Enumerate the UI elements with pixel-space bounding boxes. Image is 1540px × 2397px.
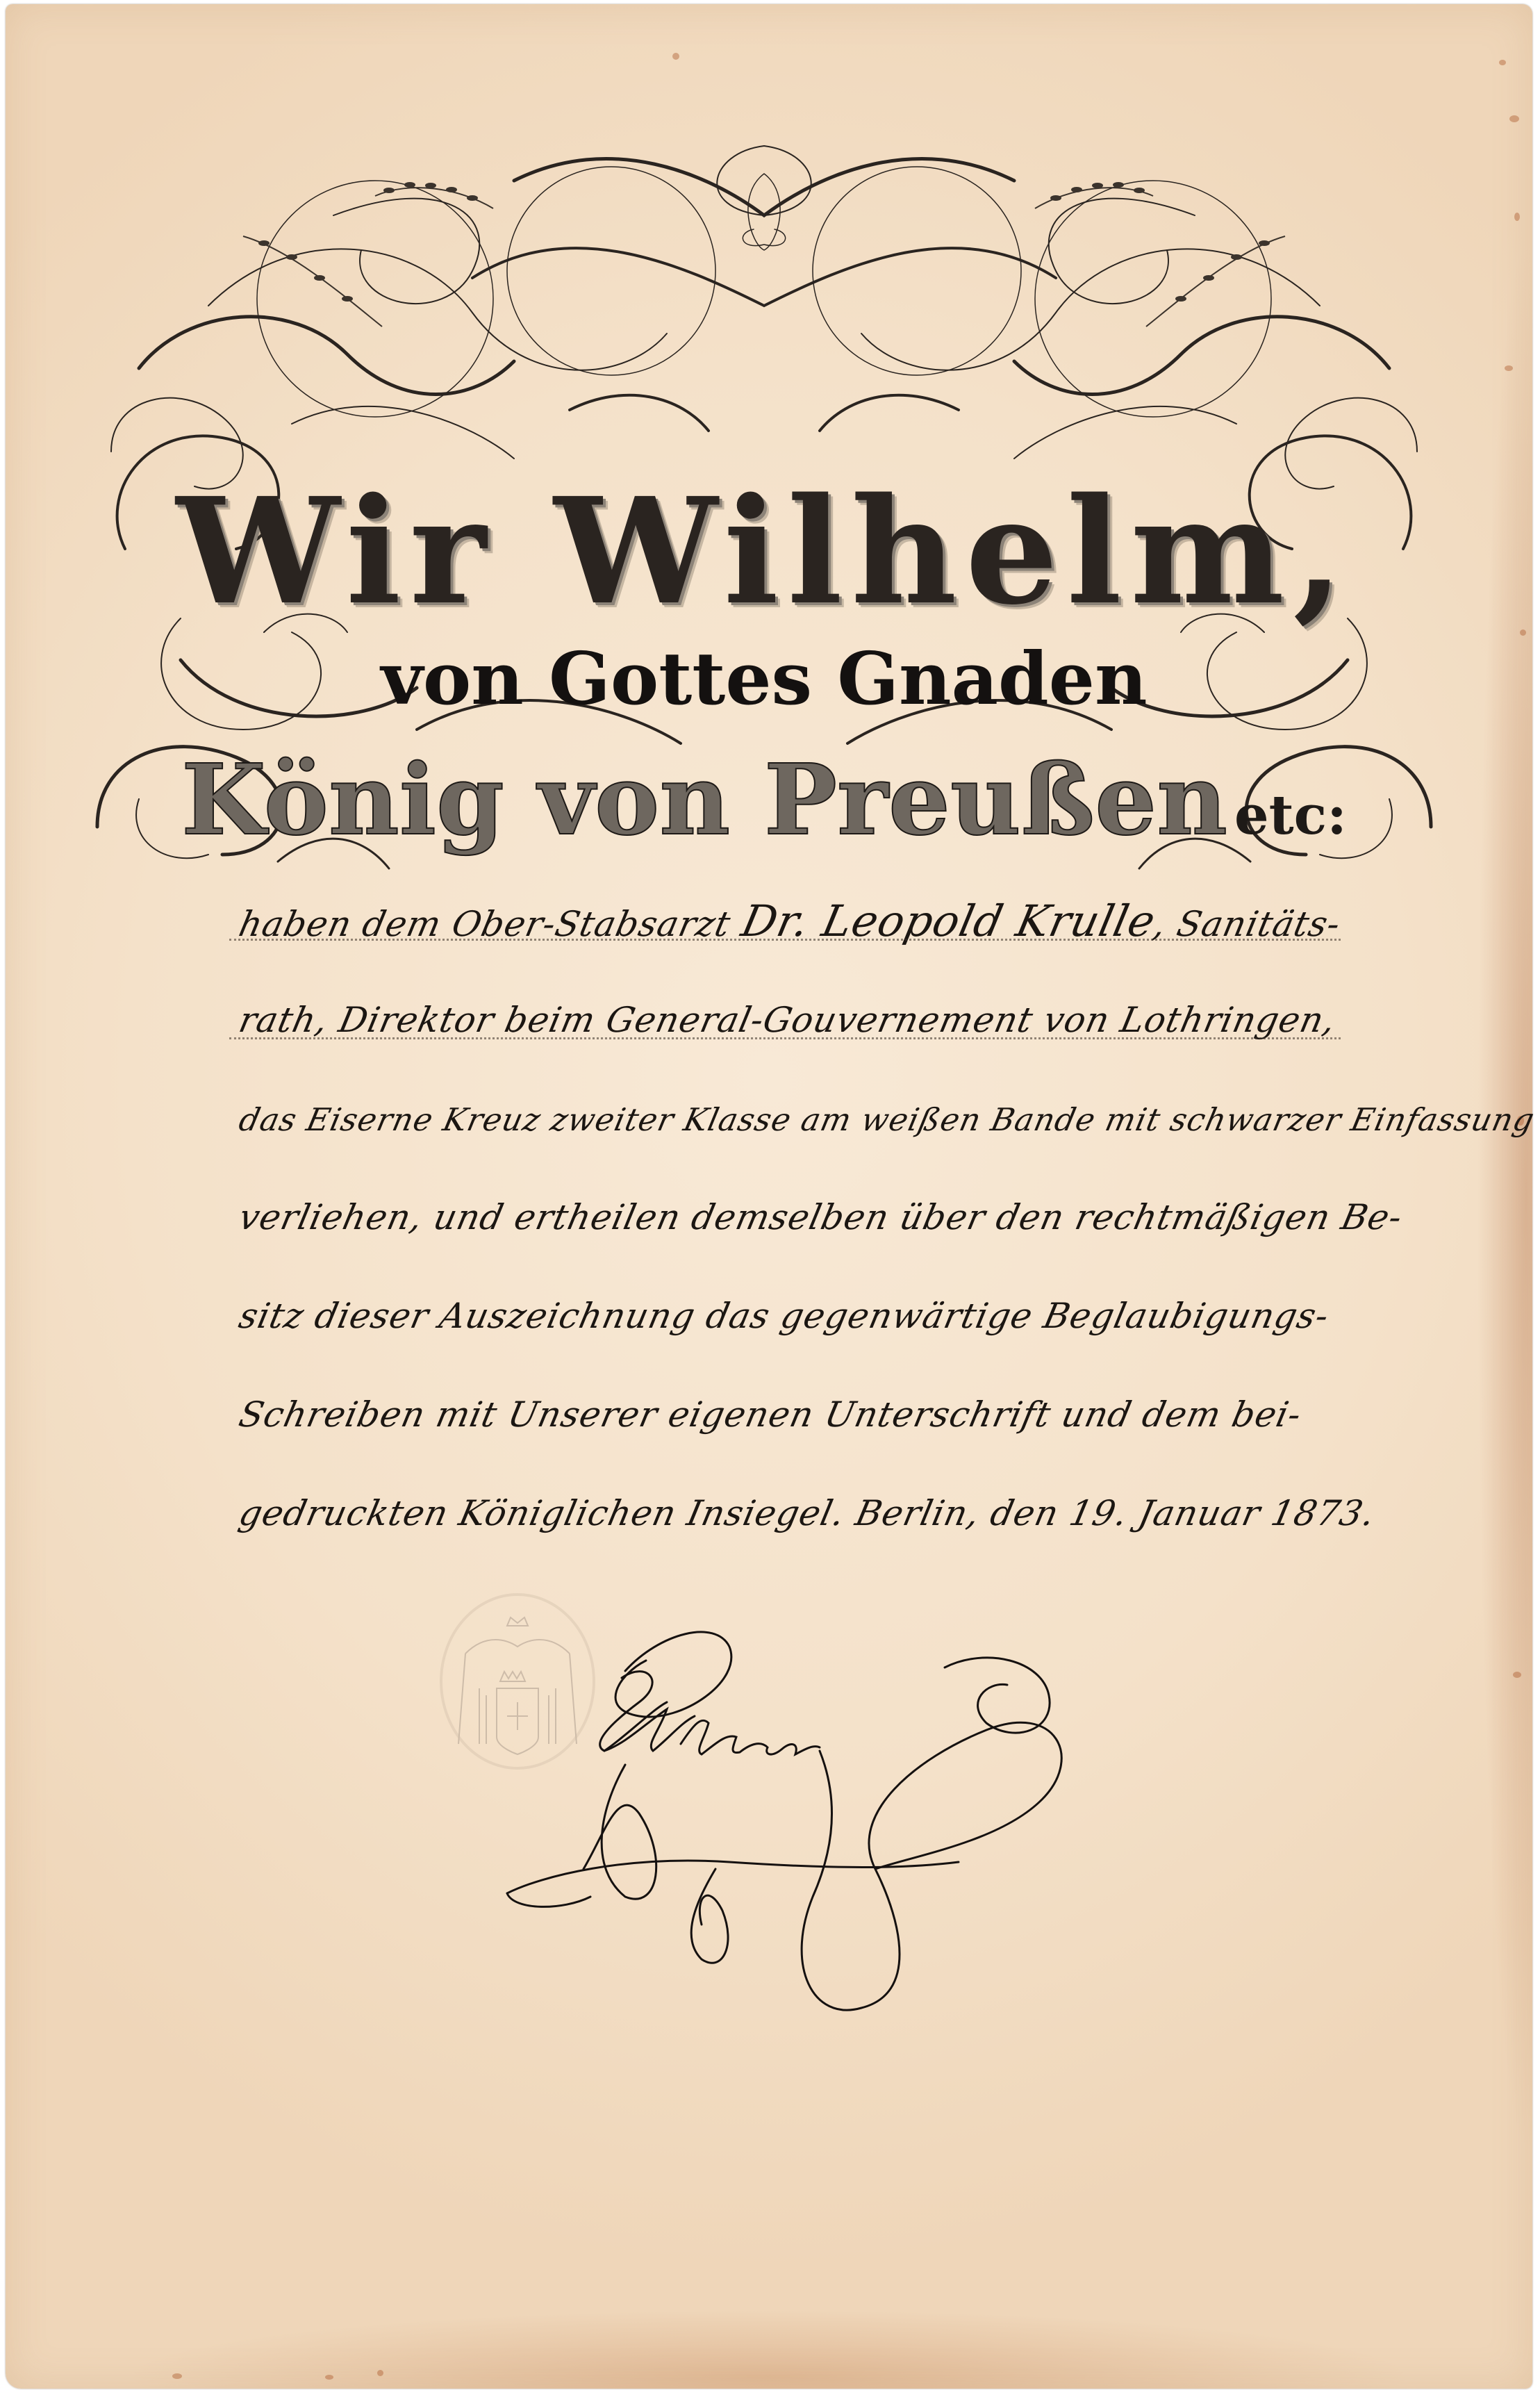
foxing-spot (1509, 115, 1519, 122)
calligraphic-header: Wir Wilhelm, von Gottes Gnaden König von… (83, 132, 1445, 875)
title-etc: etc: (1234, 784, 1347, 847)
body-line-4: verliehen, und ertheilen demselben über … (229, 1168, 1341, 1267)
title-koenig-text: König von Preußen (181, 743, 1227, 857)
title-koenig-von-preussen: König von Preußenetc: (83, 743, 1445, 857)
foxing-spot (325, 2375, 333, 2380)
body-line-1: haben dem Ober-Stabsarzt Dr. Leopold Kru… (229, 872, 1341, 971)
recipient-name: Dr. Leopold Krulle (737, 896, 1160, 946)
foxing-spot (672, 53, 679, 60)
body-line-6: Schreiben mit Unserer eigenen Unterschri… (229, 1365, 1341, 1464)
foxing-spot (1499, 60, 1506, 65)
certificate-body: haben dem Ober-Stabsarzt Dr. Leopold Kru… (229, 872, 1341, 1563)
title-von-gottes-gnaden: von Gottes Gnaden (83, 636, 1445, 721)
foxing-spot (377, 2370, 383, 2376)
body-line-text: das Eiserne Kreuz zweiter Klasse am weiß… (229, 1071, 1540, 1169)
body-line-text: rath, Direktor beim General-Gouvernement… (229, 971, 1346, 1069)
body-line-3: das Eiserne Kreuz zweiter Klasse am weiß… (229, 1069, 1341, 1168)
body-line-text: sitz dieser Auszeichnung das gegenwärtig… (229, 1267, 1339, 1365)
foxing-spot (1514, 213, 1520, 221)
body-line-text: verliehen, und ertheilen demselben über … (229, 1168, 1412, 1267)
foxing-spot (1505, 365, 1513, 371)
foxing-spot (1513, 1672, 1521, 1678)
body-line-text: gedruckten Königlichen Insiegel. Berlin,… (229, 1464, 1385, 1563)
body-line-7: gedruckten Königlichen Insiegel. Berlin,… (229, 1464, 1341, 1563)
body-line-text: Schreiben mit Unserer eigenen Unterschri… (229, 1365, 1311, 1464)
body-line-1-pre: haben dem Ober-Stabsarzt (235, 904, 746, 944)
title-wir-wilhelm: Wir Wilhelm, (83, 466, 1445, 637)
foxing-spot (1520, 629, 1526, 636)
royal-signature (486, 1605, 1285, 2036)
body-line-5: sitz dieser Auszeichnung das gegenwärtig… (229, 1267, 1341, 1365)
foxing-spot (172, 2373, 182, 2379)
body-line-text: haben dem Ober-Stabsarzt Dr. Leopold Kru… (229, 872, 1351, 973)
body-line-1-post: , Sanitäts- (1150, 904, 1344, 944)
body-line-2: rath, Direktor beim General-Gouvernement… (229, 971, 1341, 1069)
